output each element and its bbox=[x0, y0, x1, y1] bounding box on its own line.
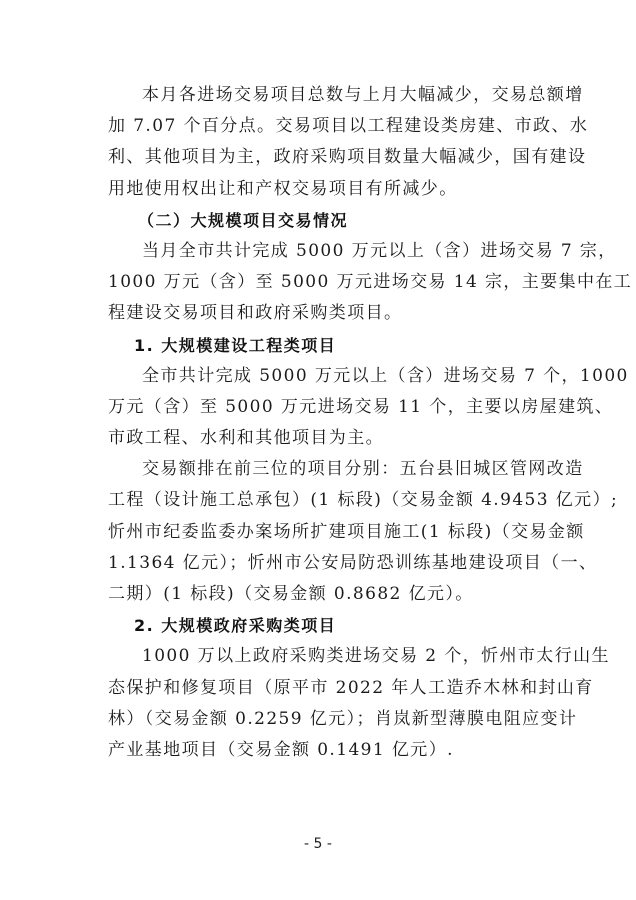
paragraph-1-line: 利、其他项目为主，政府采购项目数量大幅减少，国有建设 bbox=[108, 142, 538, 173]
paragraph-2-line: 当月全市共计完成 5000 万元以上（含）进场交易 7 宗， bbox=[108, 236, 538, 267]
paragraph-5-line: 产业基地项目（交易金额 0.1491 亿元）. bbox=[108, 735, 538, 766]
paragraph-4-line: 工程（设计施工总承包）(1 标段)（交易金额 4.9453 亿元）; bbox=[108, 485, 538, 516]
section-heading: （二）大规模项目交易情况 bbox=[108, 205, 538, 236]
paragraph-5-line: 1000 万以上政府采购类进场交易 2 个，忻州市太行山生 bbox=[108, 641, 538, 672]
paragraph-4-line: 1.1364 亿元）；忻州市公安局防恐训练基地建设项目（一、 bbox=[108, 548, 538, 579]
paragraph-1-line: 本月各进场交易项目总数与上月大幅减少，交易总额增 bbox=[108, 80, 538, 111]
paragraph-5-line: 态保护和修复项目（原平市 2022 年人工造乔木林和封山育 bbox=[108, 673, 538, 704]
page-content: 本月各进场交易项目总数与上月大幅减少，交易总额增 加 7.07 个百分点。交易项… bbox=[108, 80, 538, 766]
paragraph-3-line: 全市共计完成 5000 万元以上（含）进场交易 7 个，1000 bbox=[108, 361, 538, 392]
paragraph-4-line: 二期）(1 标段)（交易金额 0.8682 亿元）。 bbox=[108, 579, 538, 610]
paragraph-1-line: 用地使用权出让和产权交易项目有所减少。 bbox=[108, 174, 538, 205]
paragraph-3-line: 万元（含）至 5000 万元进场交易 11 个，主要以房屋建筑、 bbox=[108, 392, 538, 423]
paragraph-5-line: 林）（交易金额 0.2259 亿元）；肖岚新型薄膜电阻应变计 bbox=[108, 704, 538, 735]
subsection-heading: 2. 大规模政府采购类项目 bbox=[108, 610, 538, 641]
page-number: - 5 - bbox=[0, 836, 636, 852]
paragraph-4-line: 交易额排在前三位的项目分别：五台县旧城区管网改造 bbox=[108, 454, 538, 485]
subsection-heading: 1. 大规模建设工程类项目 bbox=[108, 330, 538, 361]
paragraph-2-line: 程建设交易项目和政府采购类项目。 bbox=[108, 298, 538, 329]
paragraph-2-line: 1000 万元（含）至 5000 万元进场交易 14 宗，主要集中在工 bbox=[108, 267, 538, 298]
paragraph-3-line: 市政工程、水利和其他项目为主。 bbox=[108, 423, 538, 454]
document-page: 本月各进场交易项目总数与上月大幅减少，交易总额增 加 7.07 个百分点。交易项… bbox=[0, 0, 636, 900]
paragraph-1-line: 加 7.07 个百分点。交易项目以工程建设类房建、市政、水 bbox=[108, 111, 538, 142]
paragraph-4-line: 忻州市纪委监委办案场所扩建项目施工(1 标段)（交易金额 bbox=[108, 517, 538, 548]
